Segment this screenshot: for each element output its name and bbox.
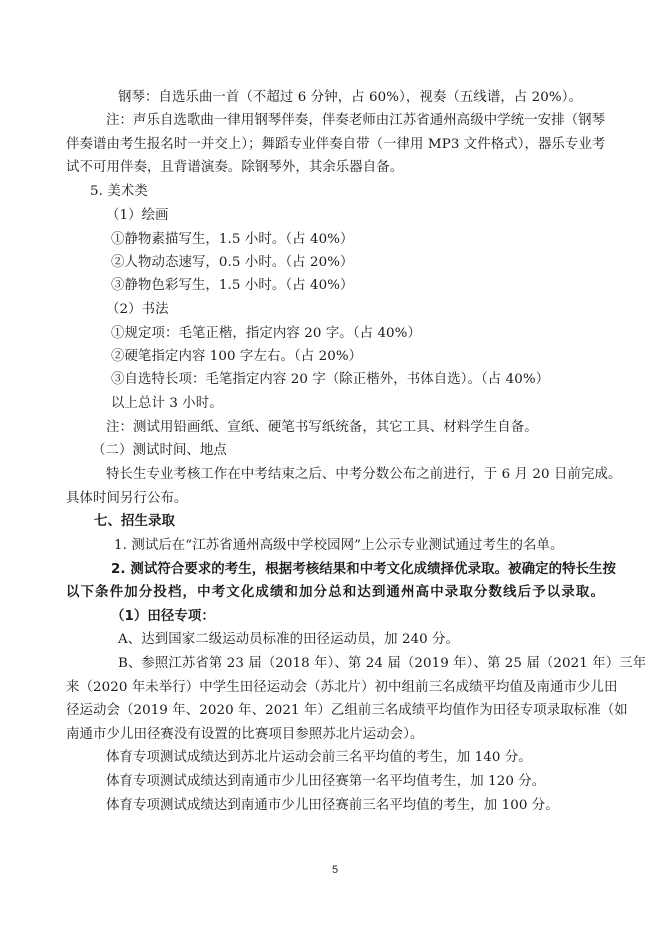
text-line: 来（2020 年未举行）中学生田径运动会（苏北片）初中组前三名成绩平均值及南通市… [66, 679, 604, 697]
text-line: ③静物色彩写生，1.5 小时。（占 40%） [111, 277, 604, 295]
text-line: ①静物素描写生，1.5 小时。（占 40%） [111, 231, 604, 249]
heading-line: 以下条件加分投档，中考文化成绩和加分总和达到通州高中录取分数线后予以录取。 [66, 584, 604, 602]
text-line: （1）绘画 [106, 207, 604, 225]
text-line: 径运动会（2019 年、2020 年、2021 年）乙组前三名成绩平均值作为田径… [66, 702, 604, 720]
text-line: B、参照江苏省第 23 届（2018 年）、第 24 届（2019 年）、第 2… [118, 655, 604, 673]
text-line: 体育专项测试成绩达到南通市少儿田径赛第一名平均值考生，加 120 分。 [106, 773, 604, 791]
text-line: 注：测试用铅画纸、宣纸、硬笔书写纸统备，其它工具、材料学生自备。 [106, 419, 604, 437]
page-number: 5 [0, 864, 670, 876]
text-line: ③自选特长项：毛笔指定内容 20 字（除正楷外，书体自选）。（占 40%） [111, 371, 604, 389]
text-line: （2）书法 [106, 301, 604, 319]
text-line: 特长生专业考核工作在中考结束之后、中考分数公布之前进行，于 6 月 20 日前完… [106, 466, 604, 484]
heading-line: 2. 测试符合要求的考生，根据考核结果和中考文化成绩择优录取。被确定的特长生按 [111, 561, 604, 579]
text-line: A、达到国家二级运动员标准的田径运动员，加 240 分。 [118, 631, 604, 649]
text-line: 以上总计 3 小时。 [111, 395, 604, 413]
text-line: （二）测试时间、地点 [92, 442, 604, 460]
text-line: 1. 测试后在“江苏省通州高级中学校园网”上公示专业测试通过考生的名单。 [114, 537, 604, 555]
text-line: 试不可用伴奏，且背谱演奏。除钢琴外，其余乐器自备。 [66, 159, 604, 177]
heading-line: （1）田径专项： [111, 608, 604, 626]
text-line: 南通市少儿田径赛没有设置的比赛项目参照苏北片运动会）。 [66, 726, 604, 744]
text-line: ②人物动态速写，0.5 小时。（占 20%） [111, 254, 604, 272]
document-page: 钢琴：自选乐曲一首（不超过 6 分钟，占 60%），视奏（五线谱，占 20%）。… [0, 0, 670, 947]
text-line: ①规定项：毛笔正楷，指定内容 20 字。（占 40%） [111, 325, 604, 343]
heading-line: 七、招生录取 [94, 513, 604, 531]
text-line: 伴奏谱由考生报名时一并交上）；舞蹈专业伴奏自带（一律用 MP3 文件格式），器乐… [66, 136, 604, 154]
text-line: ②硬笔指定内容 100 字左右。（占 20%） [111, 348, 604, 366]
text-line: 体育专项测试成绩达到苏北片运动会前三名平均值的考生，加 140 分。 [106, 749, 604, 767]
text-line: 具体时间另行公布。 [66, 490, 604, 508]
text-line: 钢琴：自选乐曲一首（不超过 6 分钟，占 60%），视奏（五线谱，占 20%）。 [118, 89, 604, 107]
text-line: 注：声乐自选歌曲一律用钢琴伴奏，伴奏老师由江苏省通州高级中学统一安排（钢琴 [106, 112, 604, 130]
text-line: 体育专项测试成绩达到南通市少儿田径赛前三名平均值的考生，加 100 分。 [106, 797, 604, 815]
text-line: 5. 美术类 [90, 183, 604, 201]
